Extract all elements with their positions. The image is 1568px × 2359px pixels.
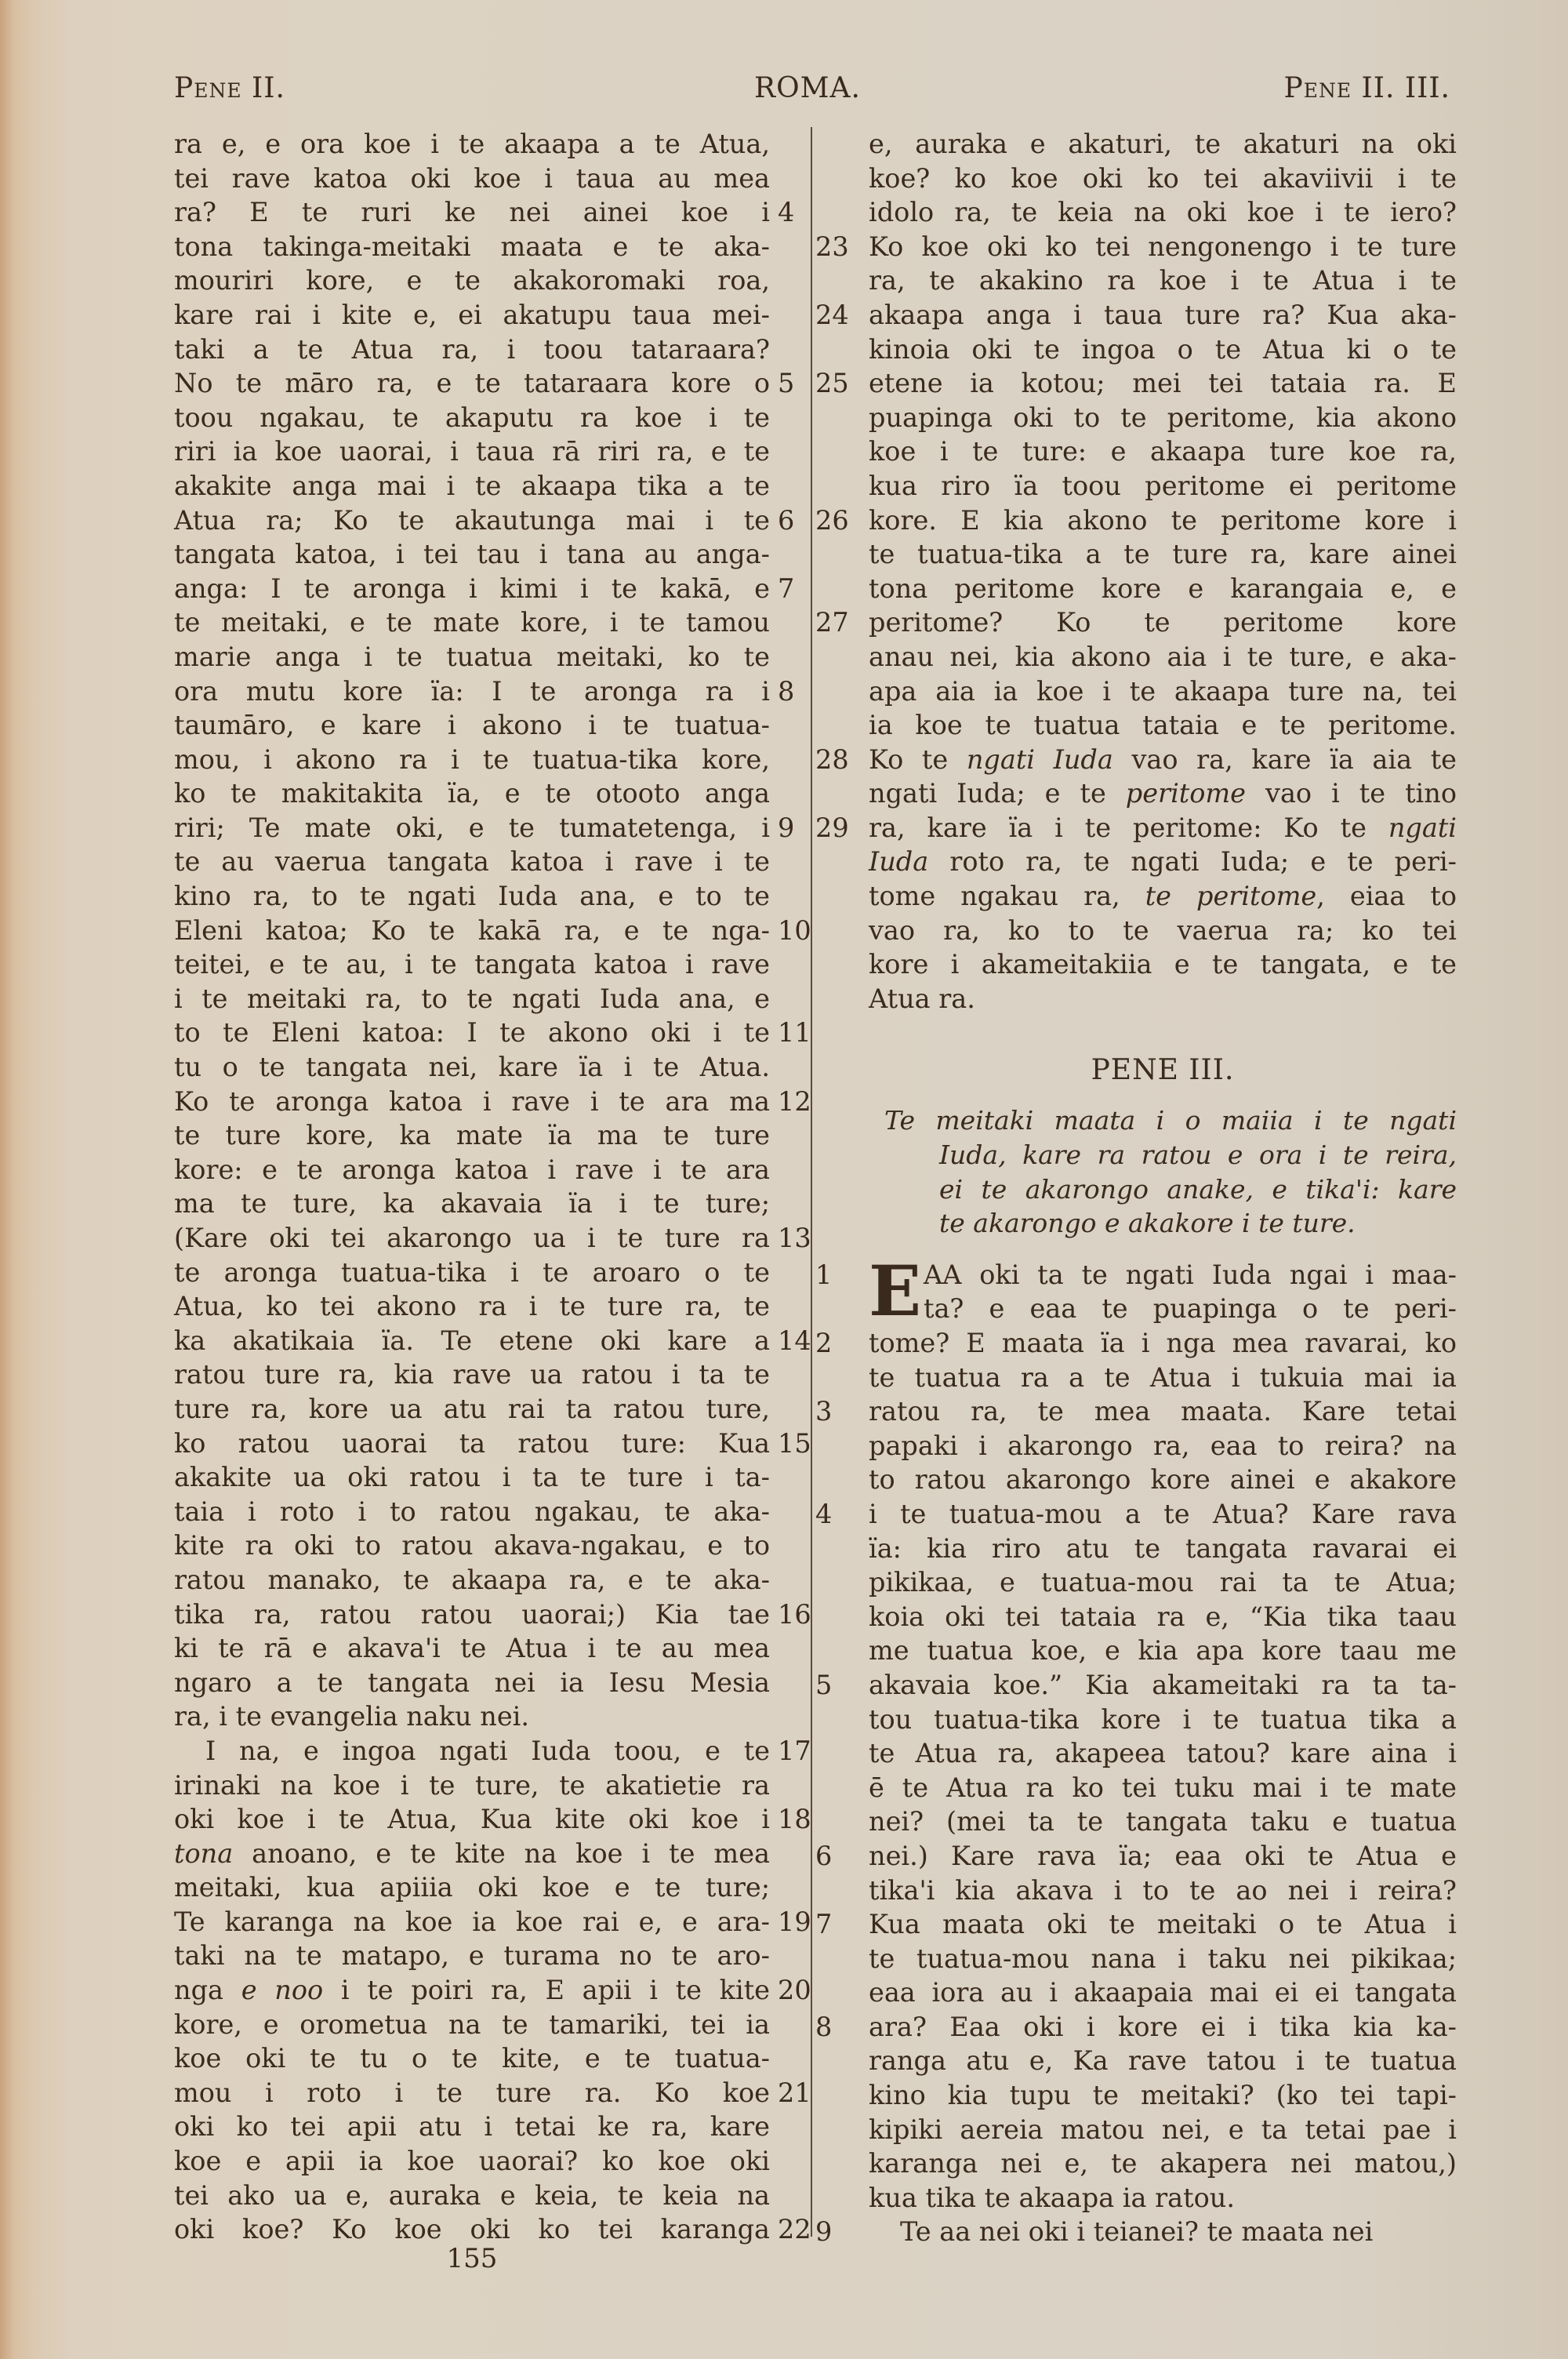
line-text: ïa: kia riro atu te tangata ravarai ei: [869, 1533, 1457, 1564]
text-line: tangata katoa, i tei tau i tana au anga-: [174, 537, 770, 572]
text-line: nga e noo i te poiri ra, E apii i te kit…: [174, 1973, 770, 2008]
text-line: riri; Te mate oki, e te tumatetenga, i9: [174, 811, 770, 845]
line-text: No te māro ra, e te tataraara kore o: [174, 368, 770, 398]
line-text: ora mutu kore ïa: I te aronga ra i: [174, 676, 770, 707]
line-text: ra e, e ora koe i te akaapa a te Atua,: [174, 129, 770, 159]
line-text: koia oki tei tataia ra e, “Kia tika taau: [869, 1601, 1457, 1632]
text-line: oki koe i te Atua, Kua kite oki koe i18: [174, 1802, 770, 1837]
line-text: AA oki ta te ngati Iuda ngai i maa-: [924, 1259, 1457, 1290]
chapter-3-text: E AA oki ta te ngati Iuda ngai i maa-1ta…: [869, 1258, 1457, 2249]
line-text: apa aia ia koe i te akaapa ture na, tei: [869, 676, 1457, 707]
text-line: Ko koe oki ko tei nengonengo i te ture23: [869, 230, 1457, 264]
text-line: ïa: kia riro atu te tangata ravarai ei: [869, 1532, 1457, 1566]
text-line: te tuatua-mou nana i taku nei pikikaa;: [869, 1942, 1457, 1976]
verse-number: 15: [778, 1427, 821, 1461]
line-text: tome ngakau ra, te peritome, eiaa to: [869, 881, 1457, 911]
text-line: ratou ture ra, kia rave ua ratou i ta te: [174, 1358, 770, 1392]
verse-number: 9: [778, 811, 821, 845]
verse-number: 20: [778, 1973, 821, 2008]
text-line: ra, te akakino ra koe i te Atua i te: [869, 264, 1457, 298]
verse-number: 24: [815, 298, 855, 333]
verse-number: 5: [778, 366, 821, 401]
line-text: (Kare oki tei akarongo ua i te ture ra: [174, 1223, 770, 1253]
verse-number: 8: [778, 674, 821, 709]
line-text: oki koe i te Atua, Kua kite oki koe i: [174, 1804, 770, 1834]
line-text: kore. E kia akono te peritome kore i: [869, 505, 1457, 536]
text-line: koe i te ture: e akaapa ture koe ra,: [869, 434, 1457, 469]
verse-number: 21: [778, 2076, 821, 2110]
text-line: taki na te matapo, e turama no te aro-: [174, 1939, 770, 1973]
text-line: ko ratou uaorai ta ratou ture: Kua15: [174, 1427, 770, 1461]
line-text: Atua, ko tei akono ra i te ture ra, te: [174, 1291, 770, 1321]
verse-number: 19: [778, 1905, 821, 1939]
text-line: (Kare oki tei akarongo ua i te ture ra13: [174, 1221, 770, 1256]
line-text: kore i akameitakiia e te tangata, e te: [869, 949, 1457, 980]
line-text: irinaki na koe i te ture, te akatietie r…: [174, 1770, 770, 1801]
text-line: kua tika te akaapa ia ratou.: [869, 2181, 1457, 2215]
text-line: Atua ra; Ko te akautunga mai i te6: [174, 503, 770, 538]
text-line: taumāro, e kare i akono i te tuatua-: [174, 708, 770, 743]
text-line: kinoia oki te ingoa o te Atua ki o te: [869, 333, 1457, 367]
line-text: i te tuatua-mou a te Atua? Kare rava: [869, 1499, 1457, 1529]
text-line: Te aa nei oki i teianei? te maata nei9: [869, 2215, 1457, 2249]
line-text: kore: e te aronga katoa i rave i te ara: [174, 1154, 770, 1185]
line-text: vao ra, ko to te vaerua ra; ko tei: [869, 915, 1457, 946]
text-line: ture ra, kore ua atu rai ta ratou ture,: [174, 1392, 770, 1427]
text-line: puapinga oki to te peritome, kia akono: [869, 401, 1457, 435]
line-text: marie anga i te tuatua meitaki, ko te: [174, 642, 770, 672]
text-line: ia koe te tuatua tataia e te peritome.: [869, 708, 1457, 743]
line-text: akakite anga mai i te akaapa tika a te: [174, 471, 770, 501]
line-text: tika'i kia akava i to te ao nei i reira?: [869, 1875, 1457, 1906]
text-line: i te meitaki ra, to te ngati Iuda ana, e: [174, 982, 770, 1016]
line-text: toou ngakau, te akaputu ra koe i te: [174, 402, 770, 433]
line-text: ko te makitakita ïa, e te otooto anga: [174, 778, 770, 809]
line-text: papaki i akarongo ra, eaa to reira? na: [869, 1430, 1457, 1461]
text-line: mou, i akono ra i te tuatua-tika kore,: [174, 743, 770, 777]
text-line: teitei, e te au, i te tangata katoa i ra…: [174, 947, 770, 982]
line-text: ra? E te ruri ke nei ainei koe i: [174, 197, 770, 227]
line-text: te aronga tuatua-tika i te aroaro o te: [174, 1257, 770, 1288]
line-text: kore, e orometua na te tamariki, tei ia: [174, 2009, 770, 2040]
text-line: kite ra oki to ratou akava-ngakau, e to: [174, 1528, 770, 1563]
line-text: tou tuatua-tika kore i te tuatua tika a: [869, 1704, 1457, 1735]
verse-number: 6: [778, 503, 821, 538]
verse-number: 12: [778, 1085, 821, 1119]
line-text: koe e apii ia koe uaorai? ko koe oki: [174, 2146, 770, 2176]
line-text: taumāro, e kare i akono i te tuatua-: [174, 710, 770, 740]
text-line: marie anga i te tuatua meitaki, ko te: [174, 640, 770, 674]
line-text: akakite ua oki ratou i ta te ture i ta-: [174, 1462, 770, 1492]
line-text: e, auraka e akaturi, te akaturi na oki: [869, 129, 1457, 159]
chapter-summary: Te meitaki maata i o maiia i te ngatiIud…: [869, 1103, 1457, 1240]
text-line: Kua maata oki te meitaki o te Atua i7: [869, 1907, 1457, 1942]
line-text: tei rave katoa oki koe i taua au mea: [174, 163, 770, 194]
line-text: Te aa nei oki i teianei? te maata nei: [900, 2216, 1373, 2247]
page-number: 155: [174, 2243, 770, 2274]
line-text: kite ra oki to ratou akava-ngakau, e to: [174, 1530, 770, 1561]
line-text: te tuatua-tika a te ture ra, kare ainei: [869, 539, 1457, 569]
text-line: Ko te ngati Iuda vao ra, kare ïa aia te2…: [869, 743, 1457, 777]
line-text: anau nei, kia akono aia i te ture, e aka…: [869, 642, 1457, 672]
line-text: tona peritome kore e karangaia e, e: [869, 573, 1457, 604]
text-line: mou i roto i te ture ra. Ko koe21: [174, 2076, 770, 2110]
line-text: ra, kare ïa i te peritome: Ko te ngati: [869, 812, 1457, 843]
line-text: koe i te ture: e akaapa ture koe ra,: [869, 436, 1457, 467]
text-line: oki koe? Ko koe oki ko tei karanga22: [174, 2212, 770, 2247]
line-text: nei.) Kare rava ïa; eaa oki te Atua e: [869, 1841, 1457, 1871]
text-line: Ko te aronga katoa i rave i te ara ma12: [174, 1085, 770, 1119]
text-line: ara? Eaa oki i kore ei i tika kia ka-8: [869, 2010, 1457, 2045]
text-line: ma te ture, ka akavaia ïa i te ture;: [174, 1187, 770, 1221]
line-text: idolo ra, te keia na oki koe i te iero?: [869, 197, 1457, 227]
line-text: karanga nei e, te akapera nei matou,): [869, 2148, 1457, 2179]
text-line: ra, kare ïa i te peritome: Ko te ngati29: [869, 811, 1457, 845]
text-line: meitaki, kua apiiia oki koe e te ture;: [174, 1870, 770, 1905]
line-text: riri; Te mate oki, e te tumatetenga, i: [174, 812, 770, 843]
line-text: ka akatikaia ïa. Te etene oki kare a: [174, 1325, 770, 1356]
line-text: eaa iora au i akaapaia mai ei ei tangata: [869, 1977, 1457, 2008]
line-text: te Atua ra, akapeea tatou? kare aina i: [869, 1738, 1457, 1768]
line-text: anga: I te aronga i kimi i te kakā, e: [174, 573, 770, 604]
line-text: te au vaerua tangata katoa i rave i te: [174, 846, 770, 877]
text-line: kua riro ïa toou peritome ei peritome: [869, 469, 1457, 503]
text-line: tona peritome kore e karangaia e, e: [869, 572, 1457, 606]
text-line: peritome? Ko te peritome kore27: [869, 605, 1457, 640]
line-text: akavaia koe.” Kia akameitaki ra ta ta-: [869, 1670, 1457, 1700]
summary-line: ei te akarongo anake, e tika'i: kare: [869, 1172, 1457, 1207]
line-text: ratou ra, te mea maata. Kare tetai: [869, 1396, 1457, 1427]
line-text: Ko te aronga katoa i rave i te ara ma: [174, 1086, 770, 1117]
verse-number: 9: [815, 2215, 855, 2249]
text-line: papaki i akarongo ra, eaa to reira? na: [869, 1429, 1457, 1463]
text-line: te Atua ra, akapeea tatou? kare aina i: [869, 1736, 1457, 1771]
verse-number: 2: [815, 1326, 855, 1361]
text-line: akaapa anga i taua ture ra? Kua aka-24: [869, 298, 1457, 333]
line-text: to ratou akarongo kore ainei e akakore: [869, 1464, 1457, 1495]
text-line: tou tuatua-tika kore i te tuatua tika a: [869, 1703, 1457, 1737]
verse-number: 29: [815, 811, 855, 845]
line-text: etene ia kotou; mei tei tataia ra. E: [869, 368, 1457, 398]
line-text: koe? ko koe oki ko tei akaviivii i te: [869, 163, 1457, 194]
text-line: ē te Atua ra ko tei tuku mai i te mate: [869, 1771, 1457, 1805]
line-text: te tuatua ra a te Atua i tukuia mai ia: [869, 1362, 1457, 1393]
line-text: te meitaki, e te mate kore, i te tamou: [174, 607, 770, 638]
line-text: Kua maata oki te meitaki o te Atua i: [869, 1909, 1457, 1939]
text-line: te meitaki, e te mate kore, i te tamou: [174, 605, 770, 640]
text-line: riri ia koe uaorai, i taua rā riri ra, e…: [174, 434, 770, 469]
line-text: kua tika te akaapa ia ratou.: [869, 2183, 1235, 2213]
line-text: Ko koe oki ko tei nengonengo i te ture: [869, 231, 1457, 262]
header-chapter-right: Pene II. III.: [1284, 72, 1450, 104]
line-text: tome? E maata ïa i nga mea ravarai, ko: [869, 1328, 1457, 1358]
line-text: Atua ra.: [869, 983, 975, 1014]
right-text-column: e, auraka e akaturi, te akaturi na okiko…: [869, 127, 1457, 2249]
text-line: akavaia koe.” Kia akameitaki ra ta ta-5: [869, 1668, 1457, 1703]
line-text: to te Eleni katoa: I te akono oki i te: [174, 1017, 770, 1048]
text-line: nei? (mei ta te tangata taku e tuatua: [869, 1805, 1457, 1839]
text-line: ranga atu e, Ka rave tatou i te tuatua: [869, 2044, 1457, 2078]
line-text: oki koe? Ko koe oki ko tei karanga: [174, 2214, 770, 2245]
text-line: tu o te tangata nei, kare ïa i te Atua.: [174, 1050, 770, 1085]
text-line: me tuatua koe, e kia apa kore taau me: [869, 1634, 1457, 1668]
text-line: ra? E te ruri ke nei ainei koe i4: [174, 195, 770, 230]
line-text: ture ra, kore ua atu rai ta ratou ture,: [174, 1394, 770, 1424]
text-line: te tuatua ra a te Atua i tukuia mai ia: [869, 1361, 1457, 1395]
verse-number: 27: [815, 605, 855, 640]
text-line: taki a te Atua ra, i toou tataraara?: [174, 333, 770, 367]
text-line: Eleni katoa; Ko te kakā ra, e te nga-10: [174, 914, 770, 948]
line-text: kua riro ïa toou peritome ei peritome: [869, 471, 1457, 501]
verse-number: 17: [778, 1734, 821, 1768]
line-text: koe oki te tu o te kite, e te tuatua-: [174, 2043, 770, 2074]
text-line: ki te rā e akava'i te Atua i te au mea: [174, 1631, 770, 1666]
text-line: ratou manako, te akaapa ra, e te aka-: [174, 1563, 770, 1598]
text-line: idolo ra, te keia na oki koe i te iero?: [869, 195, 1457, 230]
text-line: Atua, ko tei akono ra i te ture ra, te: [174, 1289, 770, 1324]
line-text: ē te Atua ra ko tei tuku mai i te mate: [869, 1772, 1457, 1803]
line-text: meitaki, kua apiiia oki koe e te ture;: [174, 1872, 770, 1903]
text-line: ta? e eaa te puapinga o te peri-: [869, 1292, 1457, 1326]
line-text: tangata katoa, i tei tau i tana au anga-: [174, 539, 770, 569]
text-line: to te Eleni katoa: I te akono oki i te11: [174, 1016, 770, 1050]
verse-number: 7: [815, 1907, 855, 1942]
text-line: karanga nei e, te akapera nei matou,): [869, 2146, 1457, 2181]
verse-number: 14: [778, 1324, 821, 1358]
verse-number: 1: [815, 1258, 855, 1292]
line-text: ratou ture ra, kia rave ua ratou i ta te: [174, 1359, 770, 1390]
verse-number: 6: [815, 1839, 855, 1874]
line-text: Atua ra; Ko te akautunga mai i te: [174, 505, 770, 536]
line-text: Iuda roto ra, te ngati Iuda; e te peri-: [869, 846, 1457, 877]
text-line: kore: e te aronga katoa i rave i te ara: [174, 1153, 770, 1187]
chapter-2-ending: e, auraka e akaturi, te akaturi na okiko…: [869, 127, 1457, 1016]
verse-number: 3: [815, 1394, 855, 1429]
text-line: koe oki te tu o te kite, e te tuatua-: [174, 2041, 770, 2076]
line-text: ma te ture, ka akavaia ïa i te ture;: [174, 1188, 770, 1219]
text-line: ratou ra, te mea maata. Kare tetai3: [869, 1394, 1457, 1429]
text-line: kore, e orometua na te tamariki, tei ia: [174, 2008, 770, 2042]
chapter-title: PENE III.: [869, 1053, 1457, 1097]
summary-line: Iuda, kare ra ratou e ora i te reira,: [869, 1138, 1457, 1172]
line-text: kare rai i kite e, ei akatupu taua mei-: [174, 300, 770, 330]
text-line: tona takinga-meitaki maata e te aka-: [174, 230, 770, 264]
line-text: i te meitaki ra, to te ngati Iuda ana, e: [174, 983, 770, 1014]
line-text: mouriri kore, e te akakoromaki roa,: [174, 265, 770, 296]
text-line: nei.) Kare rava ïa; eaa oki te Atua e6: [869, 1839, 1457, 1874]
text-line: No te māro ra, e te tataraara kore o5: [174, 366, 770, 401]
line-text: ngati Iuda; e te peritome vao i te tino: [869, 778, 1457, 809]
line-text: kino kia tupu te meitaki? (ko tei tapi-: [869, 2080, 1457, 2110]
text-line: irinaki na koe i te ture, te akatietie r…: [174, 1768, 770, 1803]
text-line: pikikaa, e tuatua-mou rai ta te Atua;: [869, 1565, 1457, 1600]
text-line: ngati Iuda; e te peritome vao i te tino: [869, 776, 1457, 811]
summary-line: te akarongo e akakore i te ture.: [869, 1206, 1457, 1241]
text-line: Te karanga na koe ia koe rai e, e ara-19: [174, 1905, 770, 1939]
line-text: ta? e eaa te puapinga o te peri-: [924, 1293, 1457, 1324]
text-line: toou ngakau, te akaputu ra koe i te: [174, 401, 770, 435]
text-line: anga: I te aronga i kimi i te kakā, e7: [174, 572, 770, 606]
column-divider: [811, 127, 812, 2237]
text-line: tei rave katoa oki koe i taua au mea: [174, 162, 770, 196]
verse-number: 4: [778, 195, 821, 230]
running-header: Pene II. ROMA. Pene II. III.: [0, 72, 1568, 111]
line-text: I na, e ingoa ngati Iuda toou, e te: [205, 1736, 770, 1766]
text-line: ka akatikaia ïa. Te etene oki kare a14: [174, 1324, 770, 1358]
text-line: tika'i kia akava i to te ao nei i reira?: [869, 1874, 1457, 1908]
line-text: ra, te akakino ra koe i te Atua i te: [869, 265, 1457, 296]
line-text: Ko te ngati Iuda vao ra, kare ïa aia te: [869, 744, 1457, 775]
line-text: mou i roto i te ture ra. Ko koe: [174, 2077, 770, 2108]
text-line: kare rai i kite e, ei akatupu taua mei-: [174, 298, 770, 333]
line-text: Eleni katoa; Ko te kakā ra, e te nga-: [174, 915, 770, 946]
line-text: oki ko tei apii atu i tetai ke ra, kare: [174, 2111, 770, 2142]
text-line: I na, e ingoa ngati Iuda toou, e te17: [174, 1734, 770, 1768]
text-line: anau nei, kia akono aia i te ture, e aka…: [869, 640, 1457, 674]
line-text: ara? Eaa oki i kore ei i tika kia ka-: [869, 2012, 1457, 2042]
text-line: i te tuatua-mou a te Atua? Kare rava4: [869, 1497, 1457, 1532]
text-line: e, auraka e akaturi, te akaturi na oki: [869, 127, 1457, 162]
line-text: nga e noo i te poiri ra, E apii i te kit…: [174, 1975, 770, 2005]
text-line: ra, i te evangelia naku nei.: [174, 1699, 770, 1734]
line-text: taki a te Atua ra, i toou tataraara?: [174, 334, 770, 365]
text-line: kore i akameitakiia e te tangata, e te: [869, 947, 1457, 982]
verse-number: 22: [778, 2212, 821, 2247]
text-line: kino ra, to te ngati Iuda ana, e to te: [174, 879, 770, 914]
text-line: ko te makitakita ïa, e te otooto anga: [174, 776, 770, 811]
text-line: ra e, e ora koe i te akaapa a te Atua,: [174, 127, 770, 162]
verse-number: 4: [815, 1497, 855, 1532]
verse-number: 23: [815, 230, 855, 264]
line-text: tona anoano, e te kite na koe i te mea: [174, 1838, 770, 1869]
line-text: tona takinga-meitaki maata e te aka-: [174, 231, 770, 262]
verse-number: 11: [778, 1016, 821, 1050]
spacer: [869, 1241, 1457, 1258]
text-line: te tuatua-tika a te ture ra, kare ainei: [869, 537, 1457, 572]
verse-number: 7: [778, 572, 821, 606]
text-line: tome? E maata ïa i nga mea ravarai, ko2: [869, 1326, 1457, 1361]
verse-number: 28: [815, 743, 855, 777]
line-text: nei? (mei ta te tangata taku e tuatua: [869, 1806, 1457, 1837]
text-line: ngaro a te tangata nei ia Iesu Mesia: [174, 1666, 770, 1700]
line-text: kipiki aereia matou nei, e ta tetai pae …: [869, 2114, 1457, 2145]
line-text: kino ra, to te ngati Iuda ana, e to te: [174, 881, 770, 911]
text-line: tona anoano, e te kite na koe i te mea: [174, 1837, 770, 1871]
line-text: mou, i akono ra i te tuatua-tika kore,: [174, 744, 770, 775]
line-text: tu o te tangata nei, kare ïa i te Atua.: [174, 1052, 770, 1082]
line-text: teitei, e te au, i te tangata katoa i ra…: [174, 949, 770, 980]
left-text-column: ra e, e ora koe i te akaapa a te Atua,te…: [174, 127, 770, 2247]
text-line: apa aia ia koe i te akaapa ture na, tei: [869, 674, 1457, 709]
text-line: etene ia kotou; mei tei tataia ra. E25: [869, 366, 1457, 401]
text-line: kino kia tupu te meitaki? (ko tei tapi-: [869, 2078, 1457, 2113]
line-text: ko ratou uaorai ta ratou ture: Kua: [174, 1428, 770, 1459]
line-text: peritome? Ko te peritome kore: [869, 607, 1457, 638]
verse-number: 25: [815, 366, 855, 401]
line-text: akaapa anga i taua ture ra? Kua aka-: [869, 300, 1457, 330]
text-line: Atua ra.: [869, 982, 1457, 1016]
text-line: Iuda roto ra, te ngati Iuda; e te peri-: [869, 845, 1457, 879]
text-line: kore. E kia akono te peritome kore i26: [869, 503, 1457, 538]
text-line: koia oki tei tataia ra e, “Kia tika taau: [869, 1600, 1457, 1634]
verse-number: 13: [778, 1221, 821, 1256]
line-text: puapinga oki to te peritome, kia akono: [869, 402, 1457, 433]
line-text: me tuatua koe, e kia apa kore taau me: [869, 1635, 1457, 1666]
verse-number: 8: [815, 2010, 855, 2045]
verse-number: 5: [815, 1668, 855, 1703]
text-line: koe e apii ia koe uaorai? ko koe oki: [174, 2144, 770, 2179]
text-line: te ture kore, ka mate ïa ma te ture: [174, 1118, 770, 1153]
text-line: taia i roto i to ratou ngakau, te aka-: [174, 1495, 770, 1529]
verse-number: 16: [778, 1598, 821, 1632]
verse-number: 10: [778, 914, 821, 948]
text-line: tika ra, ratou ratou uaorai;) Kia tae16: [174, 1598, 770, 1632]
summary-line: Te meitaki maata i o maiia i te ngati: [869, 1103, 1457, 1138]
text-line: eaa iora au i akaapaia mai ei ei tangata: [869, 1976, 1457, 2010]
line-text: te ture kore, ka mate ïa ma te ture: [174, 1120, 770, 1150]
text-line: tome ngakau ra, te peritome, eiaa to: [869, 879, 1457, 914]
text-line: akakite ua oki ratou i ta te ture i ta-: [174, 1460, 770, 1495]
line-text: Te karanga na koe ia koe rai e, e ara-: [174, 1906, 770, 1937]
line-text: ki te rā e akava'i te Atua i te au mea: [174, 1633, 770, 1663]
text-line: mouriri kore, e te akakoromaki roa,: [174, 264, 770, 298]
text-line: kipiki aereia matou nei, e ta tetai pae …: [869, 2113, 1457, 2147]
line-text: tei ako ua e, auraka e keia, te keia na: [174, 2180, 770, 2211]
line-text: tika ra, ratou ratou uaorai;) Kia tae: [174, 1599, 770, 1630]
line-text: pikikaa, e tuatua-mou rai ta te Atua;: [869, 1567, 1457, 1598]
text-line: ora mutu kore ïa: I te aronga ra i8: [174, 674, 770, 709]
text-line: akakite anga mai i te akaapa tika a te: [174, 469, 770, 503]
line-text: ratou manako, te akaapa ra, e te aka-: [174, 1565, 770, 1595]
line-text: ia koe te tuatua tataia e te peritome.: [869, 710, 1457, 740]
text-line: koe? ko koe oki ko tei akaviivii i te: [869, 162, 1457, 196]
line-text: ra, i te evangelia naku nei.: [174, 1701, 529, 1732]
line-text: riri ia koe uaorai, i taua rā riri ra, e…: [174, 436, 770, 467]
line-text: te tuatua-mou nana i taku nei pikikaa;: [869, 1943, 1457, 1974]
line-text: taia i roto i to ratou ngakau, te aka-: [174, 1496, 770, 1527]
verse-number: 18: [778, 1802, 821, 1837]
line-text: ranga atu e, Ka rave tatou i te tuatua: [869, 2045, 1457, 2076]
verse-number: 26: [815, 503, 855, 538]
line-text: ngaro a te tangata nei ia Iesu Mesia: [174, 1667, 770, 1698]
text-line: te aronga tuatua-tika i te aroaro o te: [174, 1256, 770, 1290]
text-line: vao ra, ko to te vaerua ra; ko tei: [869, 914, 1457, 948]
text-line: oki ko tei apii atu i tetai ke ra, kare: [174, 2110, 770, 2144]
text-line: te au vaerua tangata katoa i rave i te: [174, 845, 770, 879]
text-line: to ratou akarongo kore ainei e akakore: [869, 1463, 1457, 1497]
text-line: tei ako ua e, auraka e keia, te keia na: [174, 2179, 770, 2213]
text-line: AA oki ta te ngati Iuda ngai i maa-1: [869, 1258, 1457, 1292]
line-text: kinoia oki te ingoa o te Atua ki o te: [869, 334, 1457, 365]
line-text: taki na te matapo, e turama no te aro-: [174, 1940, 770, 1971]
